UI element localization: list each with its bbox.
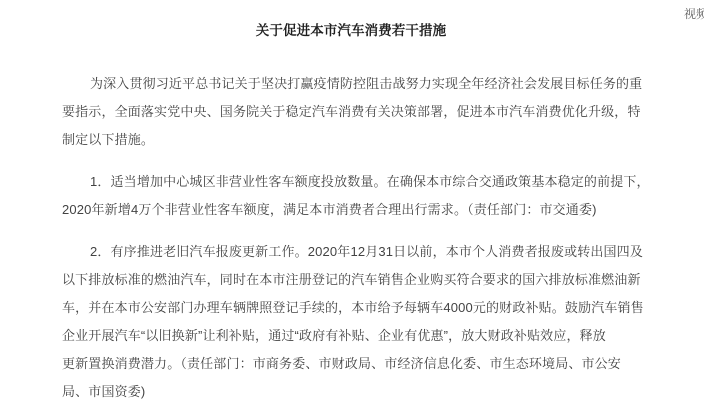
measure-1-paragraph: 1．适当增加中心城区非营业性客车额度投放数量。在确保本市综合交通政策基本稳定的前… — [62, 168, 640, 224]
intro-paragraph: 为深入贯彻习近平总书记关于坚决打赢疫情防控阻击战努力实现全年经济社会发展目标任务… — [62, 70, 640, 154]
paragraph-line: 1．适当增加中心城区非营业性客车额度投放数量。在确保本市综合交通政策基本稳定的前… — [62, 168, 640, 196]
paragraph-line: 要指示，全面落实党中央、国务院关于稳定汽车消费有关决策部署，促进本市汽车消费优化… — [62, 98, 640, 126]
paragraph-line: 局、市国资委) — [62, 378, 640, 406]
paragraph-line: 以下排放标准的燃油汽车，同时在本市注册登记的汽车销售企业购买符合要求的国六排放标… — [62, 266, 640, 294]
paragraph-line: 为深入贯彻习近平总书记关于坚决打赢疫情防控阻击战努力实现全年经济社会发展目标任务… — [62, 70, 640, 98]
document-title: 关于促进本市汽车消费若干措施 — [62, 17, 640, 45]
document-body: 关于促进本市汽车消费若干措施 为深入贯彻习近平总书记关于坚决打赢疫情防控阻击战努… — [62, 0, 640, 406]
video-link[interactable]: 视频 — [684, 7, 704, 21]
paragraph-line: 2020年新增4万个非营业性客车额度，满足本市消费者合理出行需求。（责任部门：市… — [62, 196, 640, 224]
paragraph-line: 车，并在本市公安部门办理车辆牌照登记手续的，本市给予每辆车4000元的财政补贴。… — [62, 294, 640, 322]
paragraph-line: 制定以下措施。 — [62, 126, 640, 154]
paragraph-line: 2．有序推进老旧汽车报废更新工作。2020年12月31日以前，本市个人消费者报废… — [62, 238, 640, 266]
measure-2-paragraph: 2．有序推进老旧汽车报废更新工作。2020年12月31日以前，本市个人消费者报废… — [62, 238, 640, 406]
paragraph-line: 更新置换消费潜力。（责任部门：市商务委、市财政局、市经济信息化委、市生态环境局、… — [62, 350, 640, 378]
paragraph-line: 企业开展汽车“以旧换新”让利补贴，通过“政府有补贴、企业有优惠”，放大财政补贴效… — [62, 322, 640, 350]
